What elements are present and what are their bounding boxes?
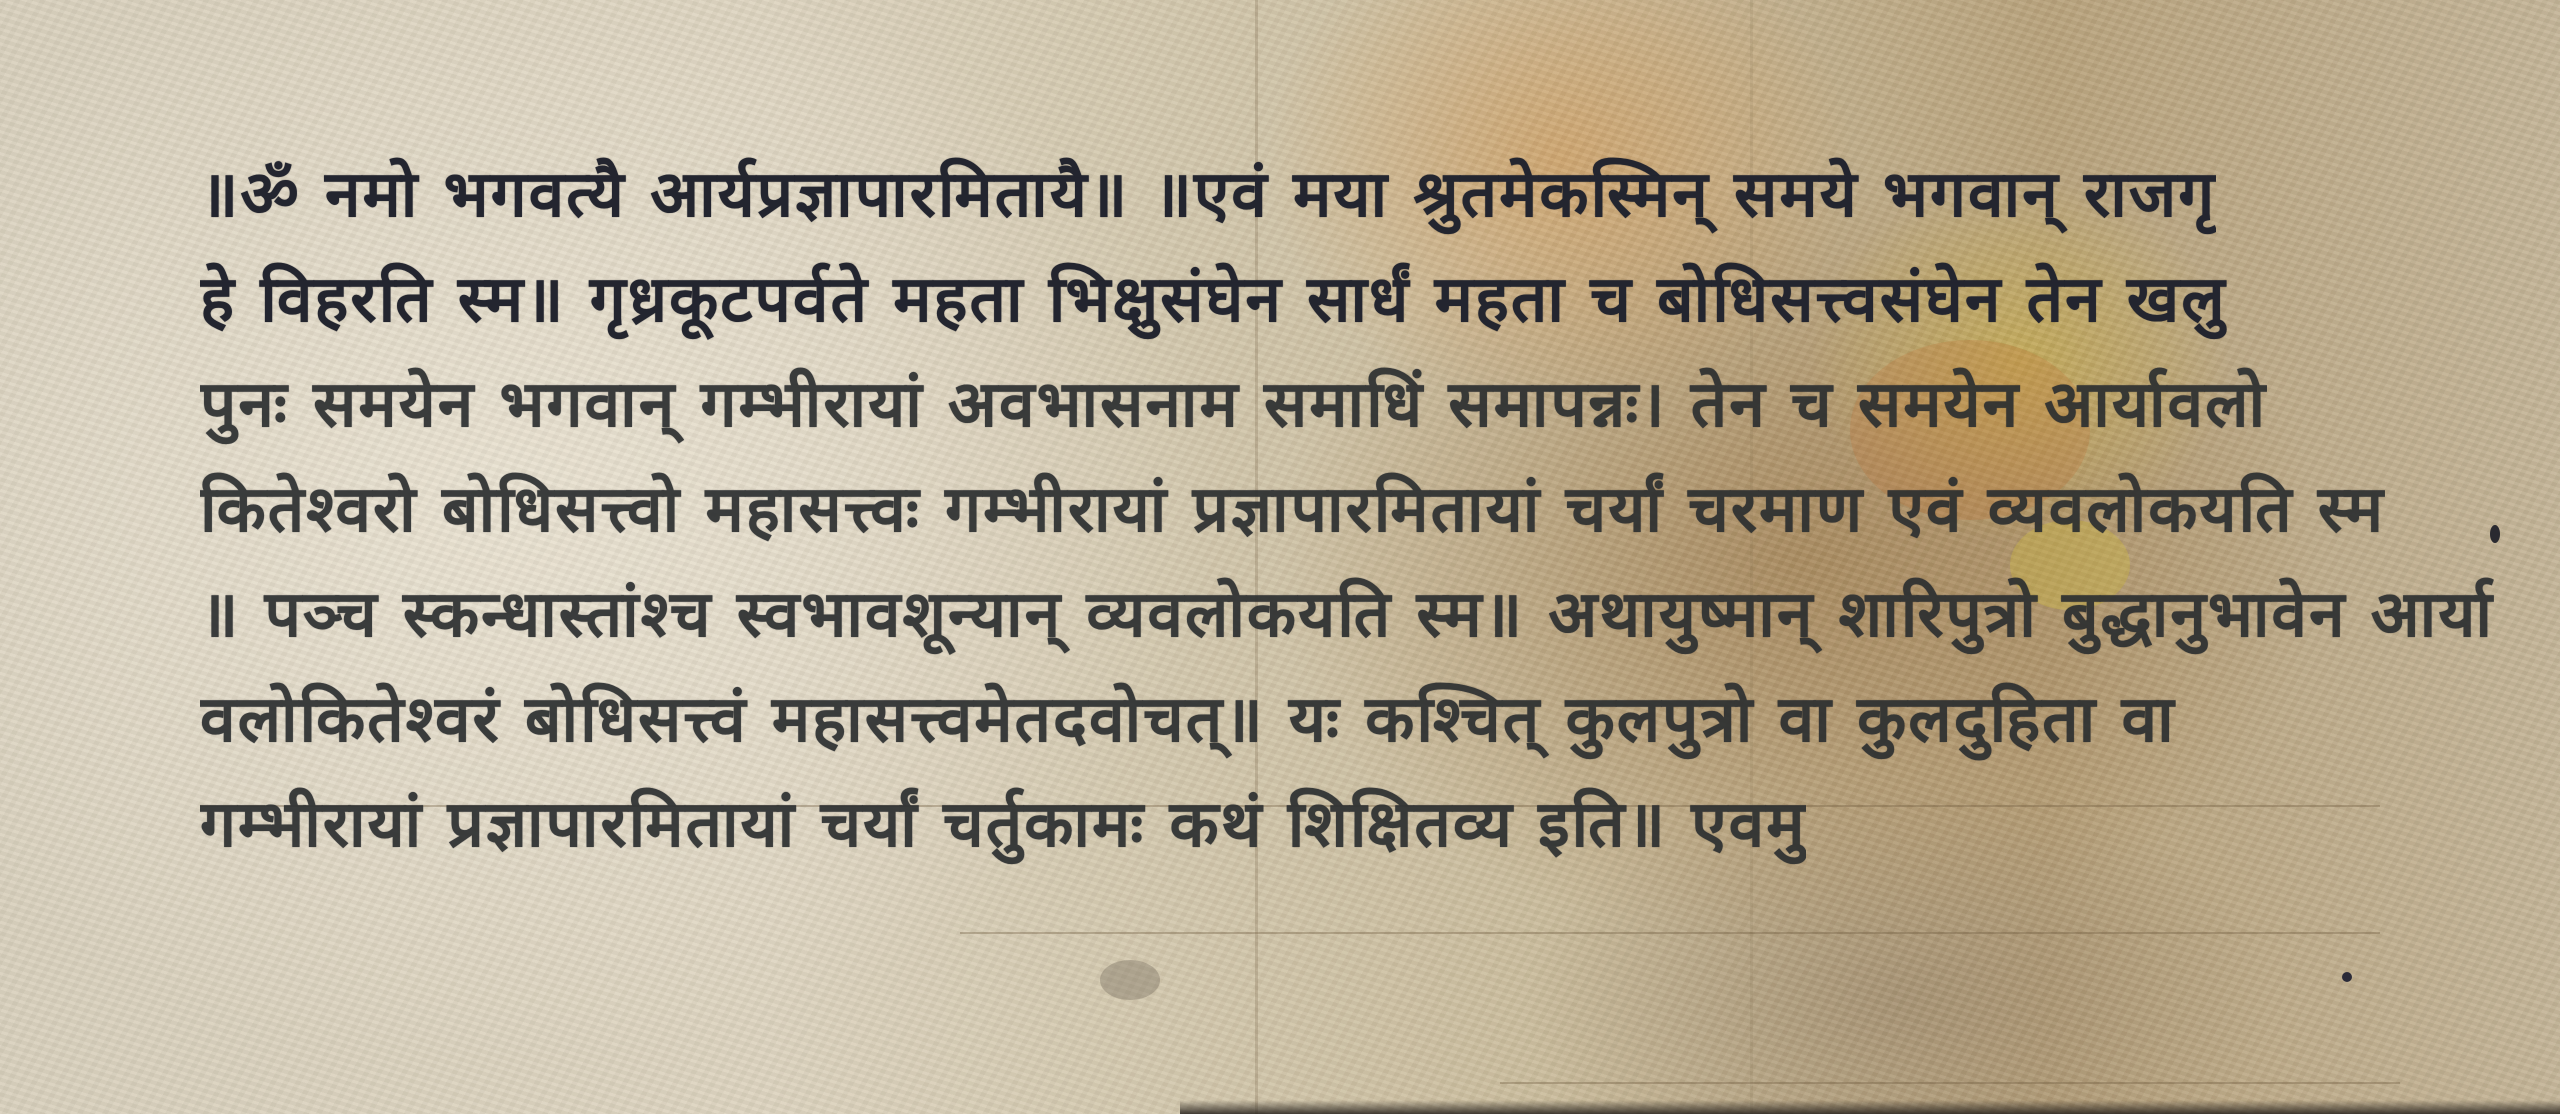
ink-speck [2342, 972, 2352, 982]
torn-bottom-edge [1180, 1100, 2560, 1114]
stain [1100, 960, 1160, 1000]
ink-speck [2490, 525, 2500, 543]
manuscript-folio: ॥ॐ नमो भगवत्यै आर्यप्रज्ञापारमितायै॥ ॥एव… [0, 0, 2560, 1114]
text-line-6: वलोकितेश्वरं बोधिसत्त्वं महासत्त्वमेतदवो… [200, 670, 2176, 770]
text-line-1: ॥ॐ नमो भगवत्यै आर्यप्रज्ञापारमितायै॥ ॥एव… [200, 145, 2216, 245]
text-line-3: पुनः समयेन भगवान् गम्भीरायां अवभासनाम सम… [200, 355, 2267, 455]
text-line-2: हे विहरति स्म॥ गृध्रकूटपर्वते महता भिक्ष… [200, 250, 2227, 350]
ruling-line [1500, 1082, 2400, 1084]
text-line-7: गम्भीरायां प्रज्ञापारमितायां चर्यां चर्त… [200, 775, 1806, 875]
ruling-line [960, 932, 2380, 934]
text-line-4: कितेश्वरो बोधिसत्त्वो महासत्त्वः गम्भीरा… [200, 460, 2385, 560]
text-line-5: ॥ पञ्च स्कन्धास्तांश्च स्वभावशून्यान् व्… [200, 565, 2494, 665]
